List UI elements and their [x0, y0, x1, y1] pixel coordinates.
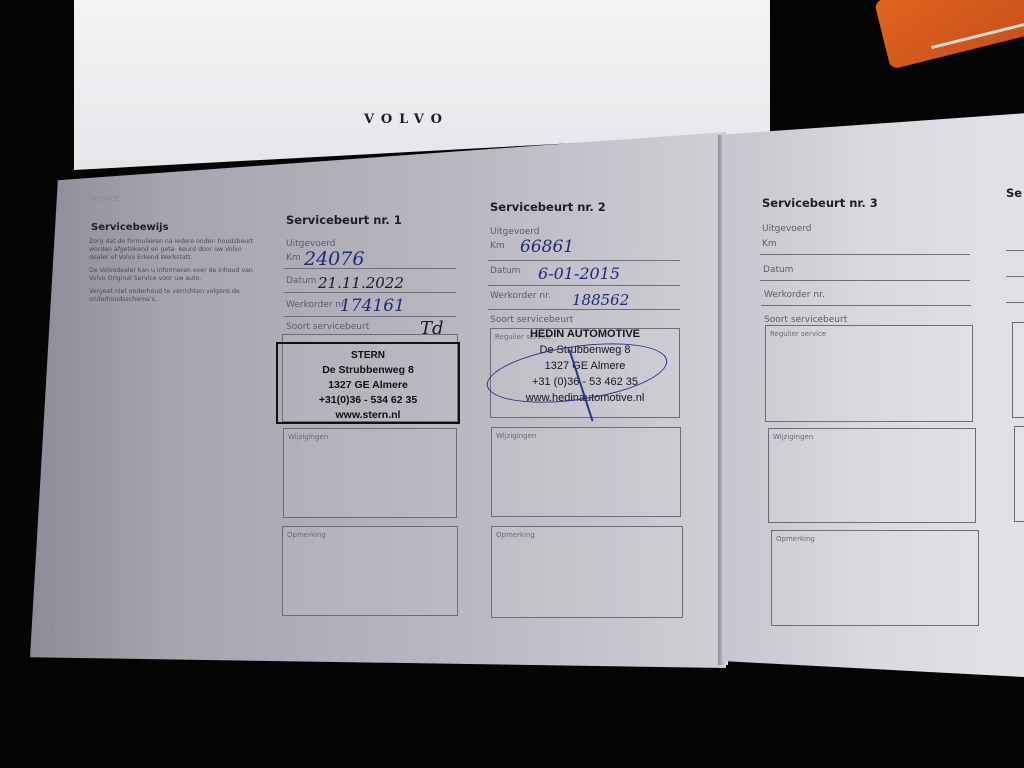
- changes-label: Wijzigingen: [496, 432, 536, 440]
- work-order-label: Werkorder nr.: [490, 291, 551, 301]
- service-1-remark-box: Opmerking: [282, 526, 458, 616]
- performed-label: Uitgevoerd: [762, 224, 812, 234]
- service-4-type-box: [1012, 322, 1024, 418]
- service-3-type-box: Regulier service: [765, 325, 973, 422]
- divider: [284, 316, 456, 317]
- date-label: Datum: [490, 266, 520, 276]
- service-1-changes-box: Wijzigingen: [283, 428, 457, 518]
- remark-label: Opmerking: [496, 531, 535, 539]
- service-3-title: Servicebeurt nr. 3: [762, 196, 878, 210]
- stamp-phone: +31(0)36 - 534 62 35: [278, 393, 458, 408]
- service-2-title: Servicebeurt nr. 2: [490, 200, 606, 214]
- divider: [1006, 302, 1024, 303]
- divider: [488, 285, 680, 286]
- km-label: Km: [490, 241, 505, 251]
- divider: [284, 292, 456, 293]
- section-tag: SERVICE: [90, 195, 120, 203]
- work-order-label: Werkorder nr.: [764, 290, 825, 300]
- stamp-web: www.stern.nl: [278, 408, 458, 423]
- service-type-label: Soort servicebeurt: [286, 322, 369, 332]
- service-2-work-order: 188562: [572, 291, 629, 309]
- stamp-city: 1327 GE Almere: [278, 378, 458, 393]
- service-3-changes-box: Wijzigingen: [768, 428, 976, 523]
- volvo-logo: VOLVO: [364, 112, 449, 127]
- divider: [760, 254, 970, 255]
- regular-service-label: Regulier service: [770, 330, 826, 338]
- stamp-street: De Strubbenweg 8: [278, 363, 458, 378]
- remark-label: Opmerking: [287, 531, 326, 539]
- divider: [488, 260, 680, 261]
- service-4-title: Se: [1006, 186, 1022, 200]
- orange-object: [874, 0, 1024, 70]
- stamp-name: STERN: [278, 348, 458, 363]
- changes-label: Wijzigingen: [288, 433, 328, 441]
- intro-text: Zorg dat de formulieren na iedere onder-…: [89, 238, 259, 309]
- changes-label: Wijzigingen: [773, 433, 813, 441]
- remark-label: Opmerking: [776, 535, 815, 543]
- intro-title: Servicebewijs: [91, 222, 169, 233]
- service-2-date: 6-01-2015: [538, 264, 620, 283]
- divider: [1006, 276, 1024, 277]
- service-1-date: 21.11.2022: [318, 274, 404, 292]
- divider: [1006, 250, 1024, 251]
- stamp-name: HEDIN AUTOMOTIVE: [500, 326, 670, 342]
- divider: [284, 268, 456, 269]
- divider: [488, 309, 680, 310]
- km-label: Km: [286, 253, 301, 263]
- service-3-remark-box: Opmerking: [771, 530, 979, 626]
- service-2-km: 66861: [520, 237, 574, 257]
- date-label: Datum: [286, 276, 316, 286]
- stern-dealer-stamp: STERN De Strubbenweg 8 1327 GE Almere +3…: [276, 342, 460, 424]
- service-type-label: Soort servicebeurt: [764, 315, 847, 325]
- intro-paragraph: Vergeet niet onderhoud te verrichten vol…: [89, 288, 259, 304]
- service-type-label: Soort servicebeurt: [490, 315, 573, 325]
- service-4-changes-box: [1014, 426, 1024, 522]
- service-2-changes-box: Wijzigingen: [491, 427, 681, 517]
- page-number: 6: [50, 624, 54, 632]
- service-1-title: Servicebeurt nr. 1: [286, 213, 402, 227]
- intro-paragraph: De Volvodealer kan u informeren over de …: [89, 267, 259, 283]
- service-1-work-order: 174161: [340, 296, 405, 316]
- divider: [761, 305, 971, 306]
- km-label: Km: [762, 239, 777, 249]
- performed-label: Uitgevoerd: [490, 227, 540, 237]
- work-order-label: Werkorder nr.: [286, 300, 347, 310]
- divider: [760, 280, 970, 281]
- service-1-km: 24076: [304, 248, 364, 270]
- date-label: Datum: [763, 265, 793, 275]
- intro-paragraph: Zorg dat de formulieren na iedere onder-…: [89, 238, 259, 262]
- service-2-remark-box: Opmerking: [491, 526, 683, 618]
